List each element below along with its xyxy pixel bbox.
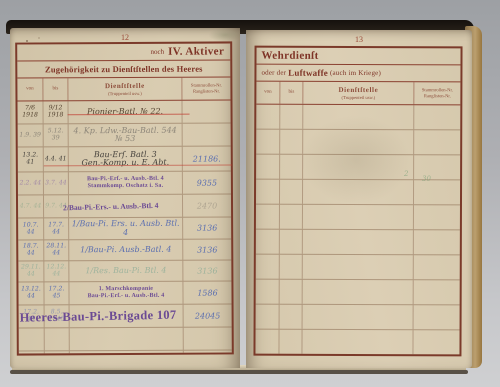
table-row: [256, 255, 460, 281]
speck: [38, 37, 40, 39]
date-to: 17.2. 45: [45, 286, 67, 300]
stammrollen-nr-value: 1586: [197, 288, 217, 297]
stammrollen-nr-value: 3136: [197, 224, 217, 233]
subtitle-prefix: oder der: [261, 69, 286, 77]
subtitle-suffix: (auch im Kriege): [330, 69, 381, 77]
table-row: [19, 350, 232, 353]
book-cover-bottom-edge: [10, 370, 468, 374]
col-bis: bis: [43, 78, 68, 100]
stammrollen-nr-value: 21186.: [193, 154, 221, 163]
table-row: 10.7. 44 17.7. 44 1/Bau-Pi. Ers. u. Ausb…: [18, 217, 231, 240]
stammrollen-nr-value: 3136: [197, 245, 217, 254]
stammrollen-nr-value: 2470: [197, 201, 217, 210]
col-von: von: [17, 78, 43, 100]
table-row: 4.7. 44 9.7. 44 2/Bau-Pi.-Ers.- u. Ausb.…: [18, 194, 231, 218]
unit-stamp: 2/Bau-Pi.-Ers.- u. Ausb.-Btl. 4: [63, 200, 159, 211]
col-dienststelle: Dienſtſtelle (Truppenteil usw.): [68, 78, 182, 101]
date-from: 13.2. 41: [19, 153, 42, 167]
subtitle-luftwaffe: Luftwaffe: [288, 68, 328, 78]
col-dienststelle: Dienſtſtelle (Truppenteil usw.): [303, 82, 414, 104]
speck: [26, 40, 28, 42]
section-subtitle-right: oder der Luftwaffe (auch im Kriege): [256, 65, 460, 83]
unit-stamp-line2: Stammkomp. Oschatz i. Sa.: [88, 183, 164, 191]
table-row: 13.12. 44 17.2. 45 1. Marschkompanie Bau…: [18, 281, 231, 305]
table-row: 29.11. 44 12.12. 44 1/Res. Bau-Pi. Btl. …: [18, 260, 231, 282]
date-to: 28.11. 44: [45, 243, 67, 257]
faint-pencil-mark: 30: [422, 175, 431, 183]
unit-entry: 4. Kp. Ldw.-Bau-Batl. 544 № 53: [70, 126, 181, 143]
table-row: 1.9. 39 5.12. 39 4. Kp. Ldw.-Bau-Batl. 5…: [18, 123, 231, 147]
col-bis: bis: [280, 82, 303, 104]
table-row: [256, 305, 460, 331]
photo-of-open-service-book: 12 noch IV. Aktiver Zugehörigkeit zu Die…: [0, 0, 500, 387]
table-row: 7/6 1918 9/12 1918 Pionier-Batl. № 22.: [17, 100, 230, 124]
date-to: 5.12. 39: [45, 128, 67, 142]
section-heading-prefix: noch: [150, 48, 164, 56]
brigade-stamp: Heeres-Bau-Pi.-Brigade 107: [20, 307, 177, 325]
table-row: 2.2. 44 3.7. 44 Bau-Pi.-Erſ.- u. Ausb.-B…: [18, 171, 231, 195]
table-body-right: [255, 105, 460, 355]
service-table-right: Wehrdienſt oder der Luftwaffe (auch im K…: [253, 46, 462, 357]
date-from: 29.11. 44: [19, 265, 42, 279]
unit-entry: 1/Bau-Pi. Ausb.-Batl. 4: [80, 246, 171, 255]
unit-stamp-line2: Bau-Pi.-Erſ.- u. Ausb.-Btl. 4: [88, 293, 165, 301]
section-heading-title: Wehrdienſt: [261, 50, 318, 62]
right-page: 13 Wehrdienſt oder der Luftwaffe (auch i…: [246, 30, 472, 368]
faint-pencil-mark: 2: [404, 170, 408, 178]
date-from: 13.12. 44: [19, 287, 42, 301]
stammrollen-nr-value: 9355: [197, 178, 217, 187]
table-row: 18.7. 44 28.11. 44 1/Bau-Pi. Ausb.-Batl.…: [18, 239, 231, 261]
col-stammrollen-nr: Stammrollen-Nr. Ranglisten-Nr.: [414, 82, 460, 104]
table-body-left: 7/6 1918 9/12 1918 Pionier-Batl. № 22. 1…: [17, 100, 231, 353]
stammrollen-nr-value: 24045: [195, 311, 220, 320]
section-heading-title: IV. Aktiver: [168, 45, 224, 57]
date-from: 10.7. 44: [19, 222, 42, 236]
table-row: [19, 327, 232, 351]
date-to: 9/12 1918: [45, 105, 67, 119]
table-row: [255, 330, 459, 355]
date-from: 4.7. 44: [20, 203, 42, 210]
table-row: [256, 180, 460, 206]
table-row: [256, 205, 460, 231]
column-headers-left: von bis Dienſtſtelle (Truppenteil usw.) …: [17, 77, 230, 101]
table-row: [256, 105, 460, 131]
date-to: 12.12. 44: [45, 264, 67, 278]
unit-entry: Pionier-Batl. № 22.: [87, 108, 163, 117]
date-to: 4.4. 41: [45, 156, 67, 163]
stammrollen-nr-value: 3136: [197, 266, 217, 275]
col-von: von: [256, 82, 280, 104]
section-heading-left: noch IV. Aktiver: [17, 43, 230, 61]
date-from: 2.2. 44: [20, 180, 42, 187]
date-from: 1.9. 39: [19, 132, 41, 139]
date-from: 18.7. 44: [19, 244, 42, 258]
unit-entry-line2: Gen.-Komp. u. E. Abt.: [81, 159, 169, 168]
service-table-left: noch IV. Aktiver Zugehörigkeit zu Dienſt…: [15, 41, 234, 355]
column-headers-right: von bis Dienſtſtelle (Truppenteil usw.) …: [256, 82, 460, 106]
col-stammrollen-nr: Stammrollen-Nr. Ranglisten-Nr.: [182, 77, 230, 99]
section-subtitle-left: Zugehörigkeit zu Dienſtſtellen des Heere…: [17, 60, 230, 78]
table-row: [256, 130, 460, 156]
date-from: 7/6 1918: [19, 106, 42, 120]
section-heading-right: Wehrdienſt: [256, 48, 460, 66]
page-number-right: 13: [246, 35, 472, 44]
table-row: 13.2. 41 4.4. 41 Bau-Erſ. Batl. 3 Gen.-K…: [18, 146, 231, 172]
date-to: 17.7. 44: [45, 222, 67, 236]
date-to: 3.7. 44: [45, 180, 67, 187]
left-page: 12 noch IV. Aktiver Zugehörigkeit zu Die…: [10, 28, 240, 368]
table-row: [256, 280, 460, 306]
unit-entry: 1/Res. Bau-Pi. Btl. 4: [85, 267, 166, 276]
table-row: 17.2. 45 8.5. 1945 Heeres-Bau-Pi.-Brigad…: [19, 304, 232, 328]
table-row: [256, 230, 460, 256]
unit-entry: 1/Bau-Pi. Ers. u. Ausb. Btl. 4: [70, 220, 181, 237]
